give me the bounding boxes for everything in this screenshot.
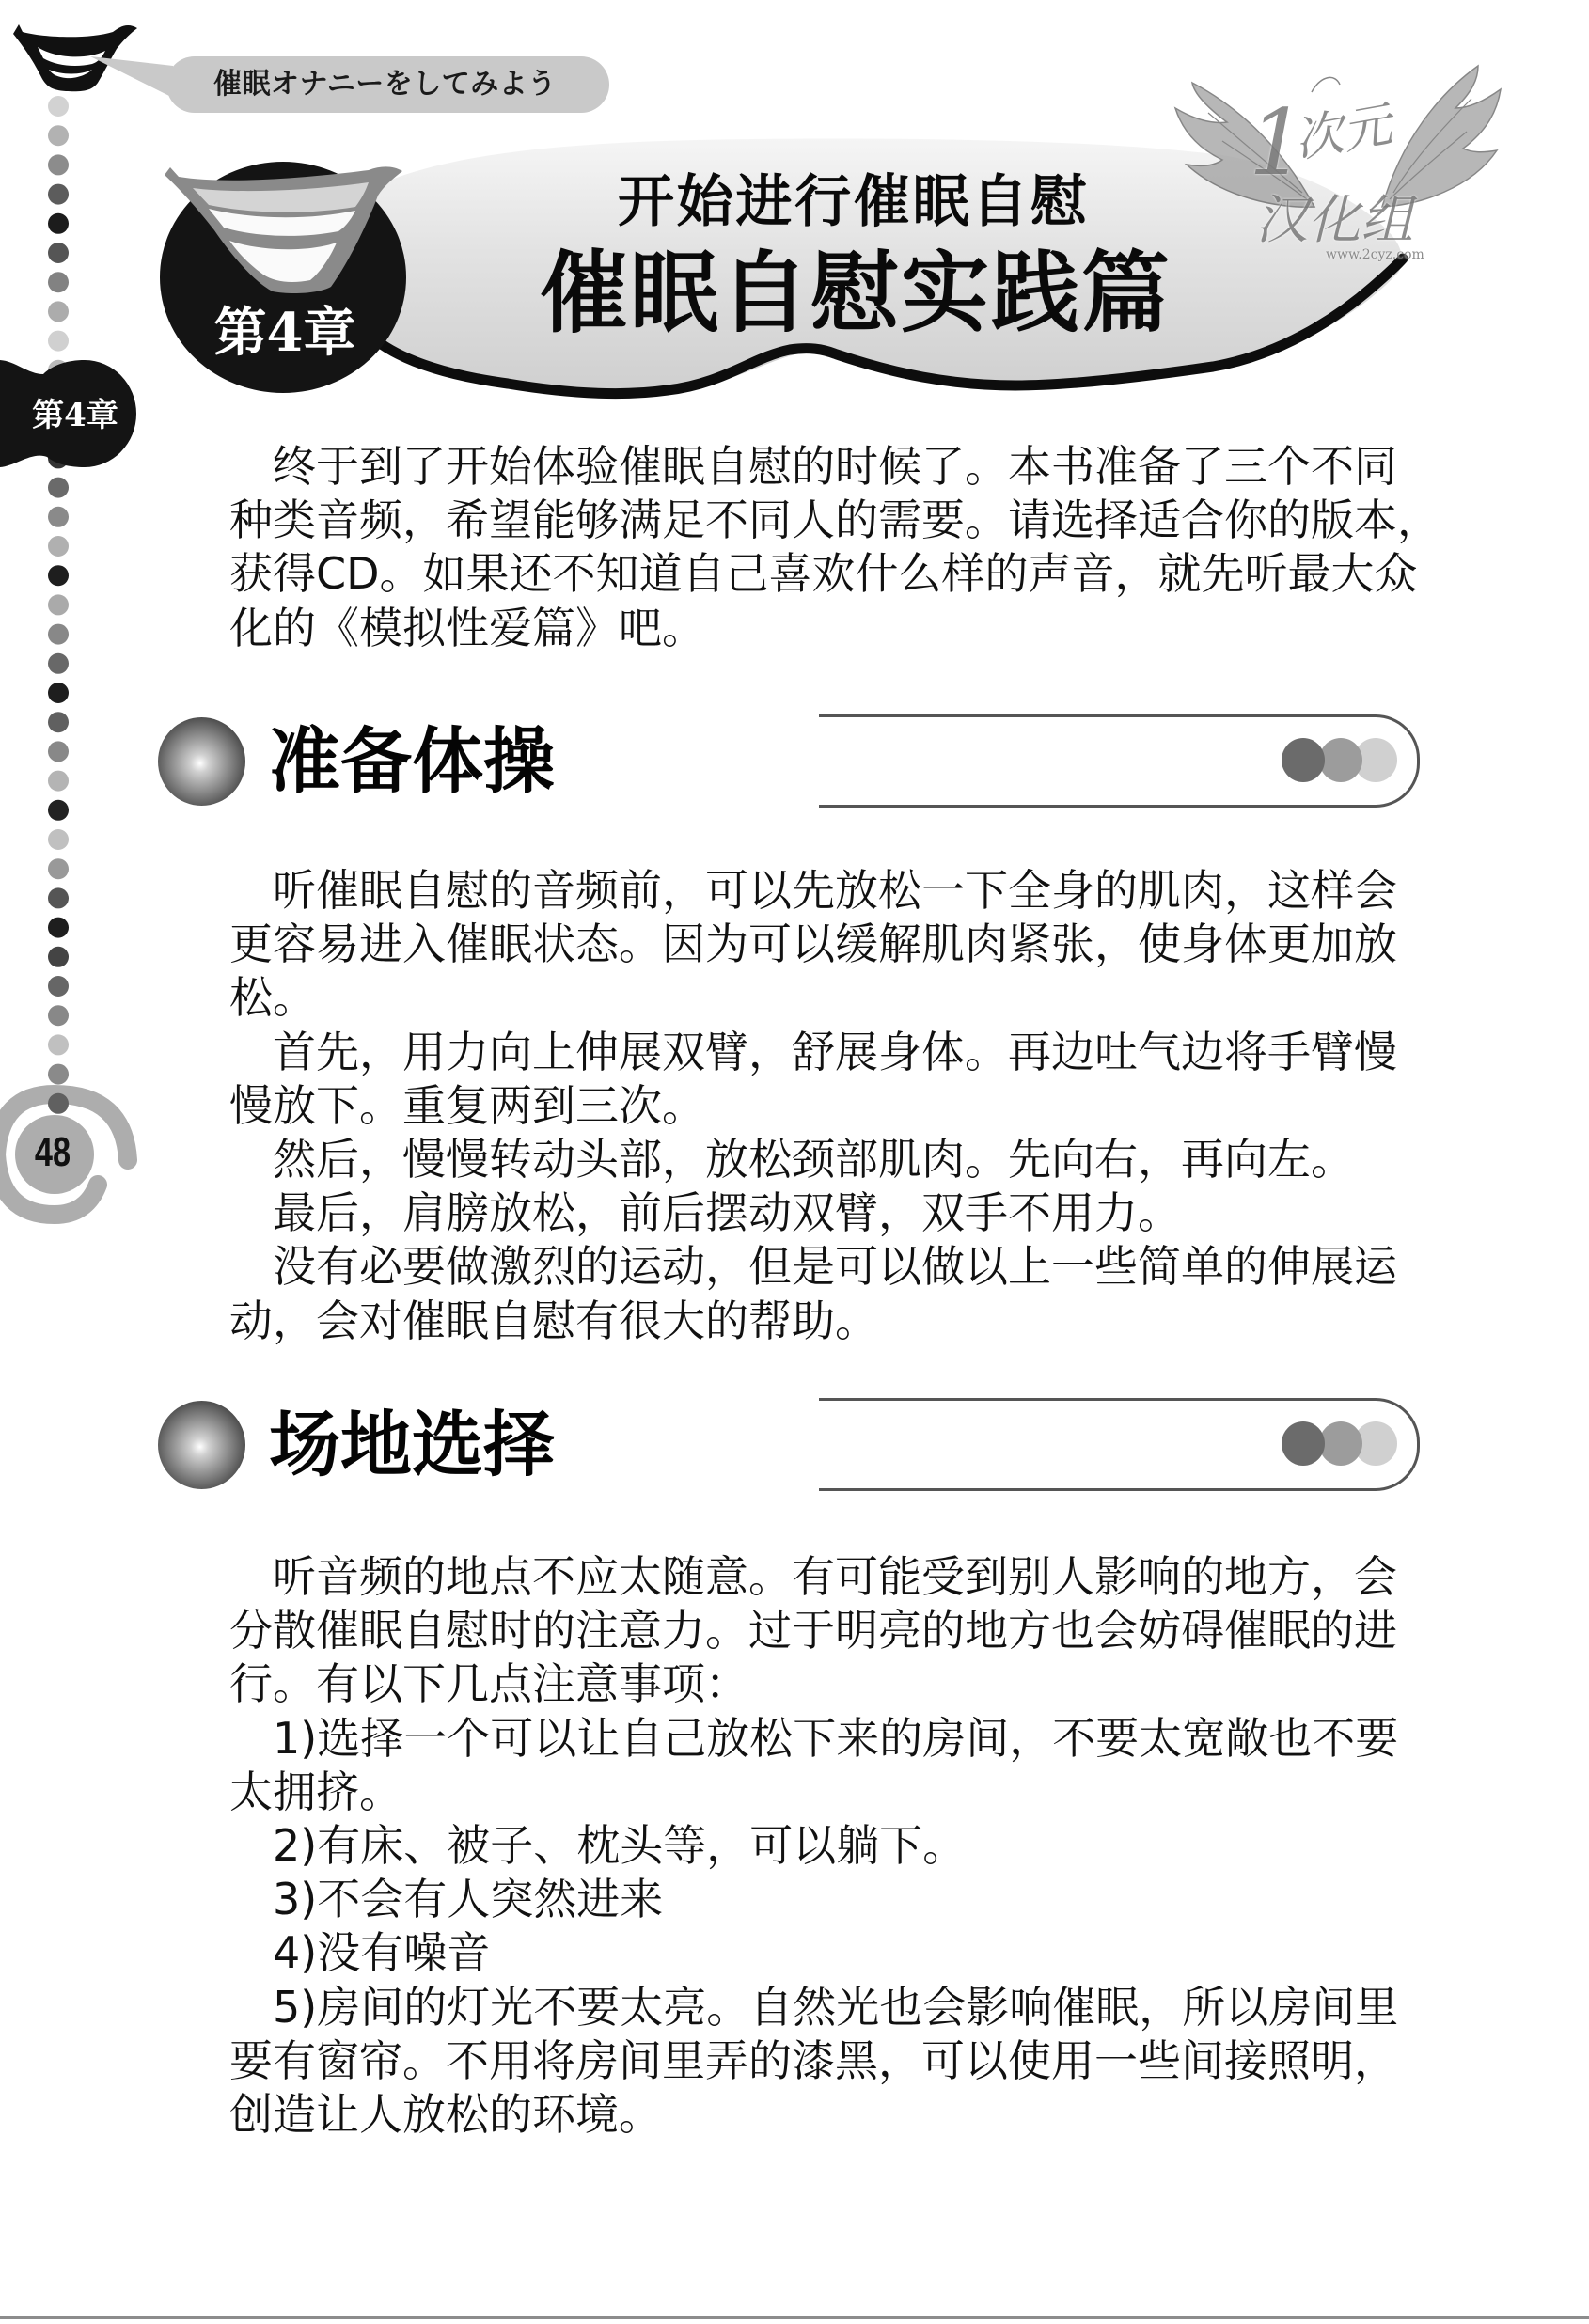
list-item: 4)没有噪音 — [229, 1926, 1398, 1980]
list-item: 2)有床、被子、枕头等，可以躺下。 — [229, 1819, 1398, 1873]
section-header-location: 场地选择 — [0, 1400, 1589, 1490]
margin-dot-icon — [48, 624, 69, 645]
dark-dot-icon — [1282, 1421, 1325, 1466]
margin-dot-icon — [48, 507, 69, 527]
list-item: 5)房间的灯光不要太亮。自然光也会影响催眠，所以房间里 要有窗帘。不用将房间里弄… — [229, 1981, 1398, 2143]
sphere-bullet-icon — [158, 1401, 245, 1489]
margin-dot-icon — [48, 184, 69, 205]
intro-block: 终于到了开始体验催眠自慰的时候了。本书准备了三个不同 种类音频，希望能够满足不同… — [229, 440, 1440, 655]
paragraph: 听催眠自慰的音频前，可以先放松一下全身的肌肉，这样会 更容易进入催眠状态。因为可… — [229, 864, 1397, 1026]
lips-icon — [13, 24, 137, 91]
margin-dot-icon — [48, 653, 69, 674]
paragraph: 听音频的地点不应太随意。有可能受到别人影响的地方，会 分散催眠自慰时的注意力。过… — [229, 1550, 1398, 1712]
watermark-line2: 汉化组 — [1255, 193, 1413, 249]
paragraph: 没有必要做激烈的运动，但是可以做以上一些简单的伸展运 动，会对催眠自慰有很大的帮… — [229, 1240, 1397, 1347]
margin-dot-icon — [48, 1064, 69, 1085]
margin-dot-icon — [48, 125, 69, 146]
list-item: 3)不会有人突然进来 — [229, 1873, 1398, 1926]
capsule-rule-decoration — [819, 1398, 1420, 1491]
margin-dot-icon — [48, 1005, 69, 1026]
paragraph: 然后，慢慢转动头部，放松颈部肌肉。先向右，再向左。 — [229, 1133, 1397, 1186]
sphere-bullet-icon — [158, 717, 245, 806]
margin-dot-icon — [48, 154, 69, 175]
mid-dot-icon — [1319, 1421, 1362, 1466]
margin-dot-icon — [48, 918, 69, 938]
margin-dot-icon — [48, 1093, 69, 1114]
section-body-location: 听音频的地点不应太随意。有可能受到别人影响的地方，会 分散催眠自慰时的注意力。过… — [229, 1550, 1398, 2142]
margin-dot-icon — [48, 947, 69, 967]
mid-dot-icon — [1319, 738, 1362, 782]
section-title: 准备体操 — [269, 726, 555, 797]
section-title: 场地选择 — [269, 1409, 555, 1481]
margin-dot-icon — [48, 594, 69, 615]
intro-paragraph: 终于到了开始体验催眠自慰的时候了。本书准备了三个不同 种类音频，希望能够满足不同… — [229, 440, 1440, 655]
page-number: 48 — [26, 1132, 79, 1173]
margin-dot-icon — [48, 887, 69, 908]
paragraph: 最后，肩膀放松，前后摆动双臂，双手不用力。 — [229, 1186, 1397, 1240]
dark-dot-icon — [1282, 738, 1325, 782]
margin-dot-icon — [48, 96, 69, 117]
list-item: 1)选择一个可以让自己放松下来的房间，不要太宽敞也不要 太拥挤。 — [229, 1712, 1398, 1819]
margin-dot-icon — [48, 213, 69, 234]
paragraph: 首先，用力向上伸展双臂，舒展身体。再边吐气边将手臂慢 慢放下。重复两到三次。 — [229, 1026, 1397, 1133]
chapter-badge-label: 第4章 — [162, 306, 408, 360]
margin-dot-icon — [48, 858, 69, 879]
section-header-warmup: 准备体操 — [0, 716, 1589, 807]
margin-dot-icon — [48, 272, 69, 292]
side-tab-label: 第4章 — [28, 399, 122, 432]
watermark-url: www.2cyz.com — [1326, 247, 1424, 262]
margin-dot-icon — [48, 1034, 69, 1055]
margin-dot-icon — [48, 478, 69, 498]
margin-dot-icon — [48, 565, 69, 586]
margin-dots — [48, 96, 69, 1114]
margin-dot-icon — [48, 976, 69, 997]
section-body-warmup: 听催眠自慰的音频前，可以先放松一下全身的肌肉，这样会 更容易进入催眠状态。因为可… — [229, 864, 1397, 1348]
running-header-bubble-text: 催眠オナニーをしてみよう — [213, 70, 557, 100]
margin-dot-icon — [48, 331, 69, 352]
margin-dot-icon — [48, 301, 69, 322]
margin-dot-icon — [48, 243, 69, 263]
chapter-title: 催眠自慰实践篇 — [540, 250, 1172, 338]
margin-dot-icon — [48, 683, 69, 703]
page-bottom-rule — [0, 2316, 1589, 2319]
margin-dot-icon — [48, 829, 69, 850]
capsule-rule-decoration — [819, 714, 1420, 808]
chapter-subtitle: 开始进行催眠自慰 — [618, 174, 1090, 230]
margin-dot-icon — [48, 536, 69, 557]
